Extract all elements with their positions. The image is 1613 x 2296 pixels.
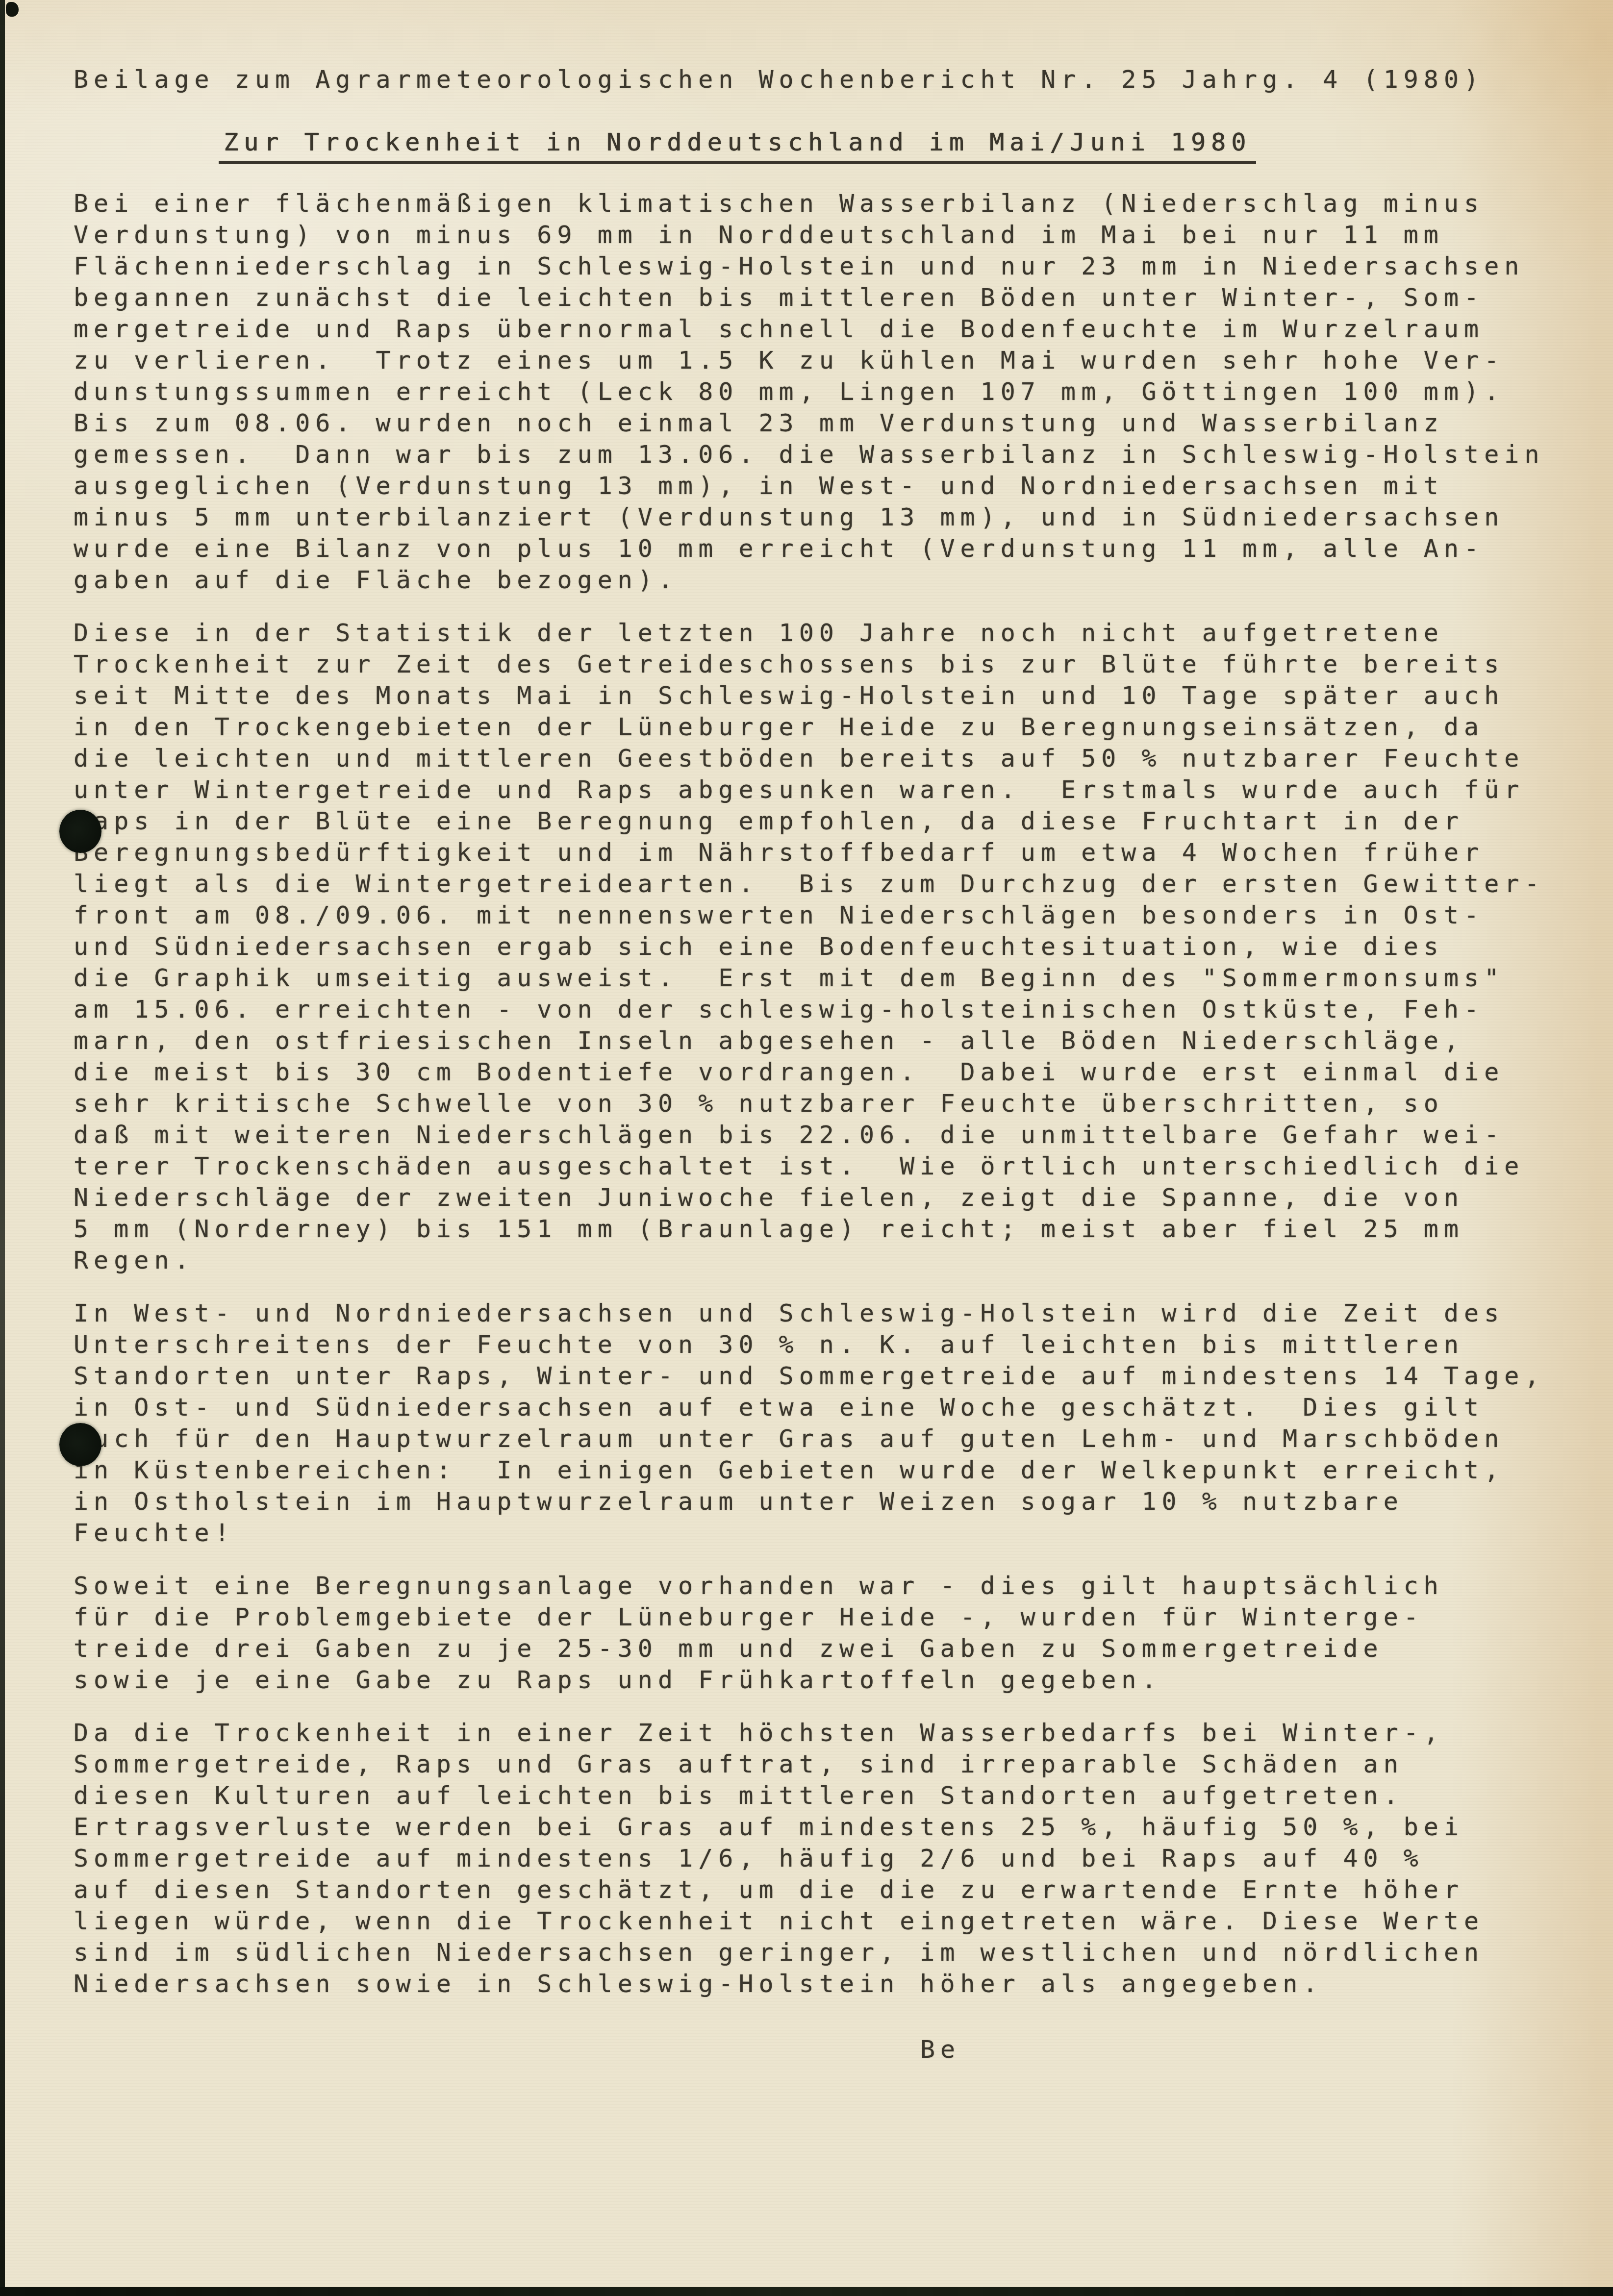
scan-corner-mark bbox=[6, 2, 19, 17]
title-row: Zur Trockenheit in Norddeutschland im Ma… bbox=[219, 126, 1544, 164]
scan-edge-left bbox=[0, 0, 5, 2296]
signature-initials: Be bbox=[920, 2034, 1544, 2065]
paragraph: Diese in der Statistik der letzten 100 J… bbox=[74, 617, 1544, 1276]
scan-edge-bottom bbox=[0, 2287, 1613, 2296]
paragraph: Da die Trockenheit in einer Zeit höchste… bbox=[74, 1717, 1544, 1999]
paragraph: Soweit eine Beregnungsanlage vorhanden w… bbox=[74, 1570, 1544, 1696]
document-title: Zur Trockenheit in Norddeutschland im Ma… bbox=[219, 126, 1256, 164]
paragraph: Bei einer flächenmäßigen klimatischen Wa… bbox=[74, 188, 1544, 596]
document-header: Beilage zum Agrarmeteorologischen Wochen… bbox=[74, 64, 1544, 95]
document-body: Bei einer flächenmäßigen klimatischen Wa… bbox=[74, 188, 1544, 1999]
paragraph: In West- und Nordniedersachsen und Schle… bbox=[74, 1298, 1544, 1548]
document-page: Beilage zum Agrarmeteorologischen Wochen… bbox=[0, 0, 1613, 2296]
punch-hole-top bbox=[59, 810, 101, 853]
punch-hole-bottom bbox=[59, 1423, 101, 1466]
